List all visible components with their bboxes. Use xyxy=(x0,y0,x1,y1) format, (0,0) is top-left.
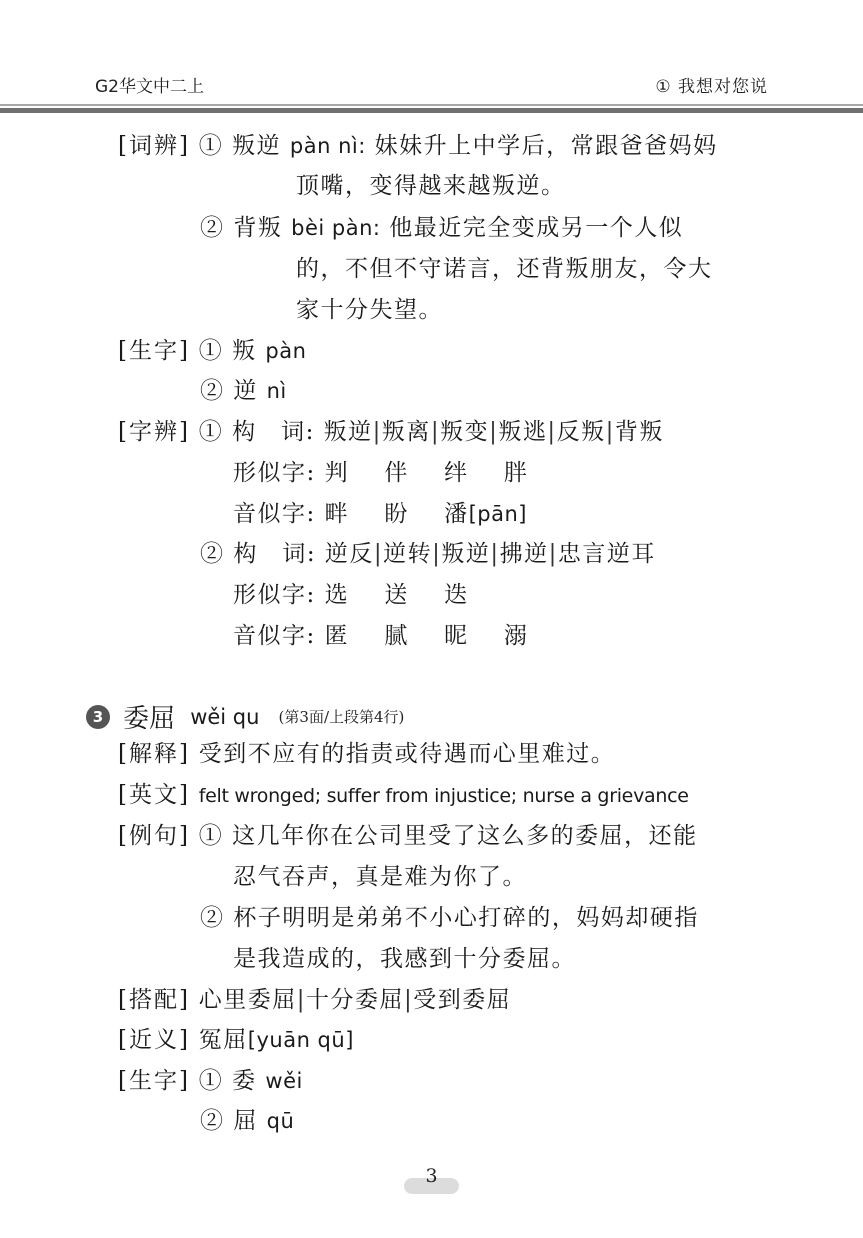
separator: | xyxy=(606,419,615,445)
pinyin: nì xyxy=(267,379,287,403)
xingsi-char: 伴 xyxy=(384,460,409,486)
zi-bian-item-2-xingsi: 形似字: 选 送 迭 xyxy=(233,580,469,610)
example-line: 杯子明明是弟弟不小心打碎的，妈妈却硬指 xyxy=(233,905,699,931)
item-number: ② xyxy=(200,905,225,931)
xingsi-char: 胖 xyxy=(504,460,529,486)
page-number: 3 xyxy=(404,1165,459,1187)
shengzi-item-2: ② 屈 qū xyxy=(200,1106,294,1136)
example-line: 这几年你在公司里受了这么多的委屈，还能 xyxy=(232,823,698,849)
liju-item-2: ② 杯子明明是弟弟不小心打碎的，妈妈却硬指 xyxy=(200,903,699,933)
entry-number-badge: 3 xyxy=(86,705,110,729)
section-label-ci-bian: [词辨] xyxy=(118,133,190,159)
zi-bian-item-1-gouci: [字辨] ① 构 词: 叛逆|叛离|叛变|叛逃|反叛|背叛 xyxy=(118,417,664,447)
chapter-title: ① 我想对您说 xyxy=(655,72,768,97)
section-label-sheng-zi: [生字] xyxy=(118,338,190,364)
separator: | xyxy=(432,541,441,567)
yinsi-char: 潘 xyxy=(444,501,469,527)
section-label-yingwen: [英文] xyxy=(118,782,190,808)
gouci-word: 叛逆 xyxy=(324,419,373,445)
collocation: 十分委屈 xyxy=(306,987,404,1013)
separator: | xyxy=(489,419,498,445)
separator: | xyxy=(547,419,556,445)
yingwen-line: [英文] felt wronged; suffer from injustice… xyxy=(118,780,689,811)
item-number: ① xyxy=(199,823,224,849)
xingsi-char: 绊 xyxy=(444,460,469,486)
collocation: 受到委屈 xyxy=(413,987,511,1013)
separator: | xyxy=(374,541,383,567)
yinsi-char: 昵 xyxy=(444,623,469,649)
ci-bian-item-1-cont: 顶嘴，变得越来越叛逆。 xyxy=(296,171,566,201)
entry-heading: 3 委屈 wěi qu (第3面/上段第4行) xyxy=(86,698,404,730)
separator: | xyxy=(404,987,413,1013)
gouci-word: 拂逆 xyxy=(500,541,549,567)
character: 叛 xyxy=(232,338,257,364)
synonym: 冤屈 xyxy=(199,1027,248,1053)
pinyin: qū xyxy=(267,1109,295,1133)
zi-bian-item-1-yinsi: 音似字: 畔 盼 潘[pān] xyxy=(233,499,527,529)
gouci-label: 构 词: xyxy=(232,419,315,445)
item-number: ② xyxy=(200,215,225,241)
page-header: G2华文中二上 ① 我想对您说 xyxy=(0,62,863,102)
definition: 受到不应有的指责或待遇而心里难过。 xyxy=(199,741,616,767)
separator: | xyxy=(373,419,382,445)
gouci-word: 叛离 xyxy=(382,419,431,445)
book-title: G2华文中二上 xyxy=(95,72,204,97)
ci-bian-item-1: [词辨] ① 叛逆 pàn nì: 妹妹升上中学后，常跟爸爸妈妈 xyxy=(118,131,718,161)
yinsi-char: 畔 xyxy=(325,501,350,527)
gouci-word: 逆转 xyxy=(383,541,432,567)
pinyin-note: [pān] xyxy=(469,502,527,526)
header-rule-thick xyxy=(0,108,863,113)
dapei-line: [搭配] 心里委屈|十分委屈|受到委屈 xyxy=(118,985,511,1015)
liju-item-1-cont: 忍气吞声，真是难为你了。 xyxy=(233,862,527,892)
character: 逆 xyxy=(233,378,258,404)
shengzi-item-1: [生字] ① 委 wěi xyxy=(118,1066,303,1096)
pinyin: pàn xyxy=(265,339,306,363)
example-line: 顶嘴，变得越来越叛逆。 xyxy=(296,173,566,199)
ci-bian-item-2-cont: 的，不但不守诺言，还背叛朋友，令大 xyxy=(296,254,713,284)
liju-item-1: [例句] ① 这几年你在公司里受了这么多的委屈，还能 xyxy=(118,821,698,851)
pinyin: bèi pàn: xyxy=(291,216,380,240)
separator: | xyxy=(297,987,306,1013)
gouci-word: 反叛 xyxy=(557,419,606,445)
entry-word: 委屈 xyxy=(123,704,175,734)
section-label-jieshi: [解释] xyxy=(118,741,190,767)
jinyi-line: [近义] 冤屈[yuān qū] xyxy=(118,1025,354,1055)
gouci-word: 叛变 xyxy=(440,419,489,445)
jieshi-line: [解释] 受到不应有的指责或待遇而心里难过。 xyxy=(118,739,615,769)
ci-bian-item-2-cont2: 家十分失望。 xyxy=(296,295,443,325)
yinsi-label: 音似字: xyxy=(233,623,316,649)
item-number: ① xyxy=(199,338,224,364)
separator: | xyxy=(549,541,558,567)
gouci-word: 背叛 xyxy=(615,419,664,445)
item-number: ① xyxy=(199,1068,224,1094)
section-label-zi-bian: [字辨] xyxy=(118,419,190,445)
gouci-word: 忠言逆耳 xyxy=(558,541,656,567)
sheng-zi-item-2: ② 逆 nì xyxy=(200,376,287,406)
yinsi-char: 溺 xyxy=(504,623,529,649)
separator: | xyxy=(431,419,440,445)
item-number: ② xyxy=(200,541,225,567)
item-number: ② xyxy=(200,1108,225,1134)
example-line: 家十分失望。 xyxy=(296,297,443,323)
word: 叛逆 xyxy=(232,133,281,159)
gouci-label: 构 词: xyxy=(233,541,316,567)
xingsi-char: 选 xyxy=(325,582,350,608)
separator: | xyxy=(490,541,499,567)
zi-bian-item-2-gouci: ② 构 词: 逆反|逆转|叛逆|拂逆|忠言逆耳 xyxy=(200,539,656,569)
example-line: 妹妹升上中学后，常跟爸爸妈妈 xyxy=(375,133,718,159)
yinsi-char: 匿 xyxy=(325,623,350,649)
section-label-dapei: [搭配] xyxy=(118,987,190,1013)
yinsi-char: 盼 xyxy=(384,501,409,527)
sheng-zi-item-1: [生字] ① 叛 pàn xyxy=(118,336,306,366)
entry-reference: (第3面/上段第4行) xyxy=(279,708,405,726)
item-number: ① xyxy=(199,419,224,445)
xingsi-char: 迭 xyxy=(444,582,469,608)
pinyin: wěi xyxy=(265,1069,302,1093)
item-number: ① xyxy=(199,133,224,159)
example-line: 是我造成的，我感到十分委屈。 xyxy=(233,946,576,972)
gouci-word: 叛逆 xyxy=(441,541,490,567)
yinsi-char: 腻 xyxy=(384,623,409,649)
character: 屈 xyxy=(233,1108,258,1134)
example-line: 他最近完全变成另一个人似 xyxy=(389,215,683,241)
item-number: ② xyxy=(200,378,225,404)
collocation: 心里委屈 xyxy=(199,987,297,1013)
header-rule-thin xyxy=(0,104,863,106)
synonym-pinyin: [yuān qū] xyxy=(248,1028,354,1052)
section-label-liju: [例句] xyxy=(118,823,190,849)
xingsi-char: 判 xyxy=(325,460,350,486)
example-line: 忍气吞声，真是难为你了。 xyxy=(233,864,527,890)
zi-bian-item-1-xingsi: 形似字: 判 伴 绊 胖 xyxy=(233,458,528,488)
gouci-word: 叛逃 xyxy=(498,419,547,445)
zi-bian-item-2-yinsi: 音似字: 匿 腻 昵 溺 xyxy=(233,621,528,651)
xingsi-label: 形似字: xyxy=(233,582,316,608)
ci-bian-item-2: ② 背叛 bèi pàn: 他最近完全变成另一个人似 xyxy=(200,213,683,243)
word: 背叛 xyxy=(233,215,282,241)
english-definition: felt wronged; suffer from injustice; nur… xyxy=(199,785,689,807)
liju-item-2-cont: 是我造成的，我感到十分委屈。 xyxy=(233,944,576,974)
gouci-word: 逆反 xyxy=(325,541,374,567)
section-label-jinyi: [近义] xyxy=(118,1027,190,1053)
character: 委 xyxy=(232,1068,257,1094)
example-line: 的，不但不守诺言，还背叛朋友，令大 xyxy=(296,256,713,282)
entry-pinyin: wěi qu xyxy=(190,705,259,729)
yinsi-label: 音似字: xyxy=(233,501,316,527)
section-label-shengzi: [生字] xyxy=(118,1068,190,1094)
pinyin: pàn nì: xyxy=(290,134,366,158)
xingsi-label: 形似字: xyxy=(233,460,316,486)
xingsi-char: 送 xyxy=(384,582,409,608)
